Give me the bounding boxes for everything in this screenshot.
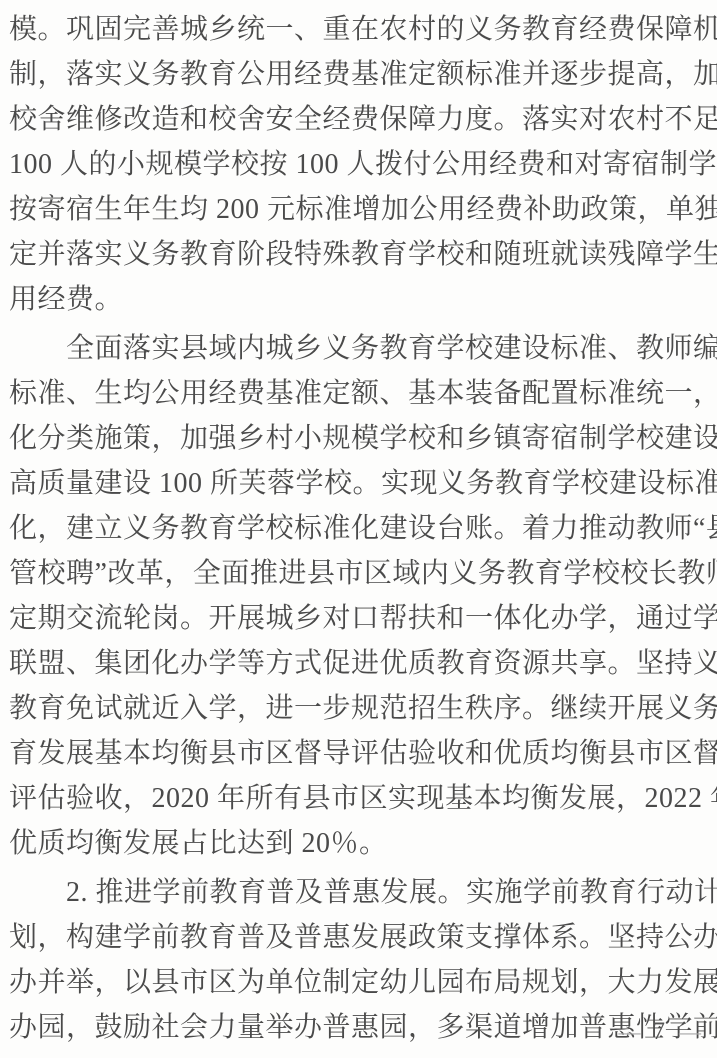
text-line: 2. 推进学前教育普及普惠发展。实施学前教育行动计	[9, 870, 705, 915]
text-line: 化分类施策，加强乡村小规模学校和乡镇寄宿制学校建设，	[9, 416, 705, 461]
text-line: 定期交流轮岗。开展城乡对口帮扶和一体化办学，通过学校	[9, 596, 705, 641]
paragraph: 模。巩固完善城乡统一、重在农村的义务教育经费保障机 制，落实义务教育公用经费基准…	[9, 7, 705, 322]
footer-dash-left: —	[619, 1019, 639, 1045]
document-body: 模。巩固完善城乡统一、重在农村的义务教育经费保障机 制，落实义务教育公用经费基准…	[0, 0, 717, 1050]
text-line: 评估验收，2020 年所有县市区实现基本均衡发展，2022 年	[9, 776, 705, 821]
text-line: 标准、生均公用经费基准定额、基本装备配置标准统一，强	[9, 371, 705, 416]
page-number-footer: — 7 —	[619, 1018, 700, 1046]
text-line: 100 人的小规模学校按 100 人拨付公用经费和对寄宿制学校	[9, 142, 705, 187]
document-page: 模。巩固完善城乡统一、重在农村的义务教育经费保障机 制，落实义务教育公用经费基准…	[0, 0, 717, 1058]
text-line: 定并落实义务教育阶段特殊教育学校和随班就读残障学生公	[9, 232, 705, 277]
text-line: 优质均衡发展占比达到 20％。	[9, 821, 705, 866]
footer-dash-right: —	[679, 1019, 699, 1045]
text-line: 制，落实义务教育公用经费基准定额标准并逐步提高，加大	[9, 52, 705, 97]
text-line: 育发展基本均衡县市区督导评估验收和优质均衡县市区督导	[9, 731, 705, 776]
text-line: 高质量建设 100 所芙蓉学校。实现义务教育学校建设标准	[9, 461, 705, 506]
paragraph: 全面落实县域内城乡义务教育学校建设标准、教师编制 标准、生均公用经费基准定额、基…	[9, 326, 705, 866]
text-line: 全面落实县域内城乡义务教育学校建设标准、教师编制	[9, 326, 705, 371]
text-line: 划，构建学前教育普及普惠发展政策支撑体系。坚持公办民	[9, 915, 705, 960]
text-line: 联盟、集团化办学等方式促进优质教育资源共享。坚持义务	[9, 641, 705, 686]
text-line: 办并举，以县市区为单位制定幼儿园布局规划，大力发展公	[9, 960, 705, 1005]
text-line: 校舍维修改造和校舍安全经费保障力度。落实对农村不足	[9, 97, 705, 142]
text-line: 管校聘”改革，全面推进县市区域内义务教育学校校长教师	[9, 551, 705, 596]
text-line: 用经费。	[9, 277, 705, 322]
text-line: 办园，鼓励社会力量举办普惠园，多渠道增加普惠性学前教	[9, 1005, 705, 1050]
text-line: 化，建立义务教育学校标准化建设台账。着力推动教师“县	[9, 506, 705, 551]
text-line: 教育免试就近入学，进一步规范招生秩序。继续开展义务教	[9, 686, 705, 731]
text-line: 按寄宿生年生均 200 元标准增加公用经费补助政策，单独核	[9, 187, 705, 232]
text-line: 模。巩固完善城乡统一、重在农村的义务教育经费保障机	[9, 7, 705, 52]
footer-page-number: 7	[653, 1018, 666, 1046]
paragraph: 2. 推进学前教育普及普惠发展。实施学前教育行动计 划，构建学前教育普及普惠发展…	[9, 870, 705, 1050]
